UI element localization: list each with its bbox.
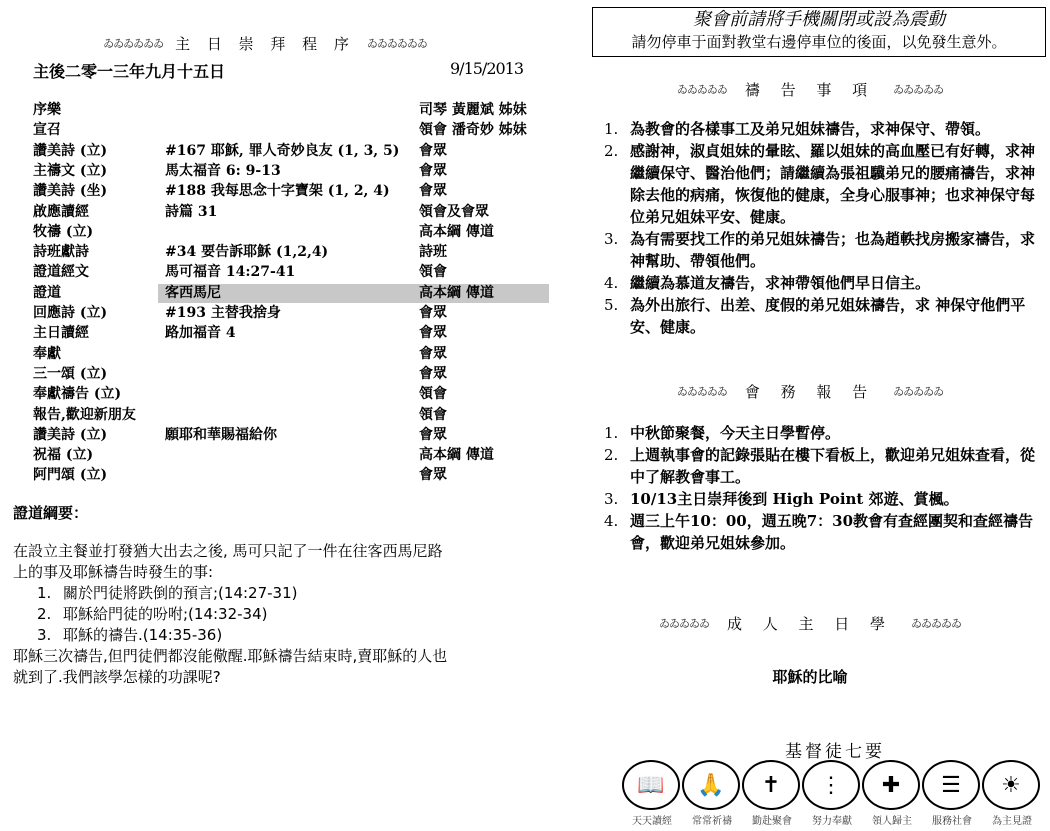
lead-to-cross-icon: ✚ [862,760,920,810]
ornament-left: ゐゐゐゐゐ [677,383,727,399]
order-item: 證道 [33,283,61,303]
order-leader: 會眾 [419,465,447,485]
list-item: 3.10/13主日崇拜後到 High Point 郊遊、賞楓。 [604,488,1049,510]
ornament-right: ゐゐゐゐゐゐ [367,35,427,51]
order-row: 報告,歡迎新朋友領會 [33,405,549,425]
list-item: 2.感謝神，淑貞姐妹的暈眩、羅以姐妹的高血壓已有好轉，求神繼續保守、醫治他們；請… [604,140,1049,228]
order-leader: 高本綱 傳道 [419,445,494,465]
item-number: 1. [604,118,630,140]
outline-point-1: 1.關於門徒將跌倒的預言;(14:27-31) [13,583,543,604]
order-leader: 領會 [419,405,447,425]
order-row-sermon-highlighted: 證道客西馬尼高本綱 傳道 [33,283,549,303]
sunday-school-title: 成 人 主 日 學 [727,613,893,634]
prayer-section-title: 禱 告 事 項 [745,79,875,100]
order-row: 證道經文馬可福音 14:27-41領會 [33,262,549,282]
ornament-right: ゐゐゐゐゐ [893,383,943,399]
announcements-section-header: ゐゐゐゐゐ 會 務 報 告 ゐゐゐゐゐ [640,380,980,402]
outline-closing-line1: 耶穌三次禱告,但門徒們都沒能儆醒.耶穌禱告結束時,賣耶穌的人也 [13,646,543,667]
order-detail: #193 主替我捨身 [165,303,281,323]
order-item: 報告,歡迎新朋友 [33,405,136,425]
order-row: 讚美詩 (立)願耶和華賜福給你會眾 [33,425,549,445]
order-detail: #167 耶穌, 罪人奇妙良友 (1, 3, 5) [165,141,399,161]
phone-parking-notice: 聚會前請將手機關閉或設為震動 請勿停車于面對教堂右邊停車位的後面，以免發生意外。 [592,7,1046,57]
item-number: 1. [604,422,630,444]
essential-label: 天天讀經 [622,812,682,827]
order-row: 牧禱 (立)高本綱 傳道 [33,222,549,242]
essential-label: 努力奉獻 [802,812,862,827]
order-item: 回應詩 (立) [33,303,107,323]
order-row: 回應詩 (立)#193 主替我捨身會眾 [33,303,549,323]
order-leader: 領會 [419,384,447,404]
worship-order-header: ゐゐゐゐゐゐ 主 日 崇 拜 程 序 ゐゐゐゐゐゐ [100,32,430,54]
order-leader: 領會 [419,262,447,282]
order-row: 宣召領會 潘奇妙 姊妹 [33,120,549,140]
list-item: 3.為有需要找工作的弟兄姐妹禱告；也為趙軼找房搬家禱告，求神幫助、帶領他們。 [604,228,1049,272]
phone-notice: 聚會前請將手機關閉或設為震動 [593,8,1045,32]
order-item: 讚美詩 (坐) [33,181,107,201]
order-item: 讚美詩 (立) [33,141,107,161]
list-item: 1.為教會的各樣事工及弟兄姐妹禱告，求神保守、帶領。 [604,118,1049,140]
item-number: 4. [604,272,630,294]
list-item: 4.週三上午10：00，週五晚7：30教會有查經團契和查經禱告會，歡迎弟兄姐妹參… [604,510,1049,554]
order-row: 奉獻會眾 [33,344,549,364]
order-leader: 詩班 [419,242,447,262]
item-number: 3. [604,228,630,272]
item-text: 週三上午10：00，週五晚7：30教會有查經團契和查經禱告會，歡迎弟兄姐妹參加。 [630,510,1049,554]
seven-essentials-icons: 📖🙏✝⋮✚☰☀ [622,760,1042,810]
order-item: 主禱文 (立) [33,161,107,181]
essential-label: 領人歸主 [862,812,922,827]
serving-hand-icon: ☰ [922,760,980,810]
order-detail: 馬可福音 14:27-41 [165,262,295,282]
item-number: 4. [604,510,630,554]
essential-label: 為主見證 [982,812,1042,827]
order-row: 三一頌 (立)會眾 [33,364,549,384]
sermon-outline-heading: 證道綱要： [13,502,88,523]
essential-label: 勤赴聚會 [742,812,802,827]
item-number: 2. [604,444,630,488]
order-detail: 客西馬尼 [165,283,221,303]
order-item: 祝福 (立) [33,445,93,465]
prayer-section-header: ゐゐゐゐゐ 禱 告 事 項 ゐゐゐゐゐ [640,78,980,100]
item-text: 中秋節聚餐，今天主日學暫停。 [630,422,1049,444]
order-item: 讚美詩 (立) [33,425,107,445]
outline-intro-line1: 在設立主餐並打發猶大出去之後, 馬可只記了一件在往客西馬尼路 [13,541,543,562]
announcements-list: 1.中秋節聚餐，今天主日學暫停。2.上週執事會的記錄張貼在樓下看板上，歡迎弟兄姐… [604,422,1049,554]
seven-essentials-labels: 天天讀經常常祈禱勤赴聚會努力奉獻領人歸主服務社會為主見證 [622,812,1042,827]
outline-closing-line2: 就到了.我們該學怎樣的功課呢? [13,667,543,688]
order-leader: 會眾 [419,141,447,161]
kneeling-prayer-icon: 🙏 [682,760,740,810]
order-leader: 會眾 [419,425,447,445]
order-leader: 領會 潘奇妙 姊妹 [419,120,527,140]
list-item: 5.為外出旅行、出差、度假的弟兄姐妹禱告，求 神保守他們平安、健康。 [604,294,1049,338]
ornament-left: ゐゐゐゐゐゐ [103,35,163,51]
ornament-left: ゐゐゐゐゐ [659,615,709,631]
order-leader: 會眾 [419,323,447,343]
order-leader: 領會及會眾 [419,202,489,222]
outline-point-2: 2.耶穌給門徒的吩咐;(14:32-34) [13,604,543,625]
essential-label: 常常祈禱 [682,812,742,827]
gathering-cross-icon: ✝ [742,760,800,810]
order-detail: 詩篇 31 [165,202,217,222]
item-text: 為有需要找工作的弟兄姐妹禱告；也為趙軼找房搬家禱告，求神幫助、帶領他們。 [630,228,1049,272]
item-text: 繼續為慕道友禱告，求神帶領他們早日信主。 [630,272,1049,294]
announcements-section-title: 會 務 報 告 [745,381,875,402]
order-leader: 會眾 [419,303,447,323]
order-leader: 會眾 [419,344,447,364]
order-item: 序樂 [33,100,61,120]
order-row: 阿門頌 (立)會眾 [33,465,549,485]
order-leader: 高本綱 傳道 [419,222,494,242]
sunday-school-section-header: ゐゐゐゐゐ 成 人 主 日 學 ゐゐゐゐゐ [640,612,980,634]
order-row: 讚美詩 (坐)#188 我每思念十字寶架 (1, 2, 4)會眾 [33,181,549,201]
essential-label: 服務社會 [922,812,982,827]
order-detail: #188 我每思念十字寶架 (1, 2, 4) [165,181,390,201]
item-number: 2. [604,140,630,228]
order-detail: 馬太福音 6: 9-13 [165,161,281,181]
seven-essentials-title: 基督徒七要 [640,737,1030,762]
parking-notice: 請勿停車于面對教堂右邊停車位的後面，以免發生意外。 [593,32,1045,52]
order-detail: #34 要告訴耶穌 (1,2,4) [165,242,328,262]
list-item: 1.中秋節聚餐，今天主日學暫停。 [604,422,1049,444]
order-item: 奉獻禱告 (立) [33,384,121,404]
order-item: 啟應讀經 [33,202,89,222]
ornament-right: ゐゐゐゐゐ [893,81,943,97]
order-row: 奉獻禱告 (立)領會 [33,384,549,404]
order-item: 證道經文 [33,262,89,282]
order-leader: 會眾 [419,364,447,384]
order-item: 牧禱 (立) [33,222,93,242]
order-row: 主日讀經路加福音 4會眾 [33,323,549,343]
sermon-outline: 在設立主餐並打發猶大出去之後, 馬可只記了一件在往客西馬尼路 上的事及耶穌禱告時… [13,541,543,688]
order-detail: 路加福音 4 [165,323,236,343]
order-row: 祝福 (立)高本綱 傳道 [33,445,549,465]
outline-point-3: 3.耶穌的禱告.(14:35-36) [13,625,543,646]
order-leader: 會眾 [419,161,447,181]
date-chinese: 主後二零一三年九月十五日 [33,59,225,82]
list-item: 4.繼續為慕道友禱告，求神帶領他們早日信主。 [604,272,1049,294]
order-item: 阿門頌 (立) [33,465,107,485]
order-item: 三一頌 (立) [33,364,107,384]
item-text: 上週執事會的記錄張貼在樓下看板上，歡迎弟兄姐妹查看，從中了解教會事工。 [630,444,1049,488]
date: 9/15/2013 [450,59,523,78]
fish-offering-icon: ⋮ [802,760,860,810]
worship-order-title: 主 日 崇 拜 程 序 [175,33,355,54]
order-leader: 高本綱 傳道 [419,283,494,303]
item-text: 10/13主日崇拜後到 High Point 郊遊、賞楓。 [630,488,1049,510]
sunday-school-topic: 耶穌的比喻 [640,666,980,687]
order-row: 詩班獻詩#34 要告訴耶穌 (1,2,4)詩班 [33,242,549,262]
item-text: 為外出旅行、出差、度假的弟兄姐妹禱告，求 神保守他們平安、健康。 [630,294,1049,338]
ornament-right: ゐゐゐゐゐ [911,615,961,631]
prayer-list: 1.為教會的各樣事工及弟兄姐妹禱告，求神保守、帶領。2.感謝神，淑貞姐妹的暈眩、… [604,118,1049,338]
order-item: 詩班獻詩 [33,242,89,262]
outline-intro-line2: 上的事及耶穌禱告時發生的事: [13,562,543,583]
item-number: 3. [604,488,630,510]
order-item: 宣召 [33,120,61,140]
order-row: 序樂司琴 黃麗斌 姊妹 [33,100,549,120]
order-leader: 會眾 [419,181,447,201]
order-detail: 願耶和華賜福給你 [165,425,277,445]
item-number: 5. [604,294,630,338]
order-item: 奉獻 [33,344,61,364]
order-leader: 司琴 黃麗斌 姊妹 [419,100,527,120]
item-text: 感謝神，淑貞姐妹的暈眩、羅以姐妹的高血壓已有好轉，求神繼續保守、醫治他們；請繼續… [630,140,1049,228]
order-row: 主禱文 (立)馬太福音 6: 9-13會眾 [33,161,549,181]
item-text: 為教會的各樣事工及弟兄姐妹禱告，求神保守、帶領。 [630,118,1049,140]
candle-light-icon: ☀ [982,760,1040,810]
list-item: 2.上週執事會的記錄張貼在樓下看板上，歡迎弟兄姐妹查看，從中了解教會事工。 [604,444,1049,488]
reading-bible-icon: 📖 [622,760,680,810]
ornament-left: ゐゐゐゐゐ [677,81,727,97]
order-row: 啟應讀經詩篇 31領會及會眾 [33,202,549,222]
order-item: 主日讀經 [33,323,89,343]
order-row: 讚美詩 (立)#167 耶穌, 罪人奇妙良友 (1, 3, 5)會眾 [33,141,549,161]
